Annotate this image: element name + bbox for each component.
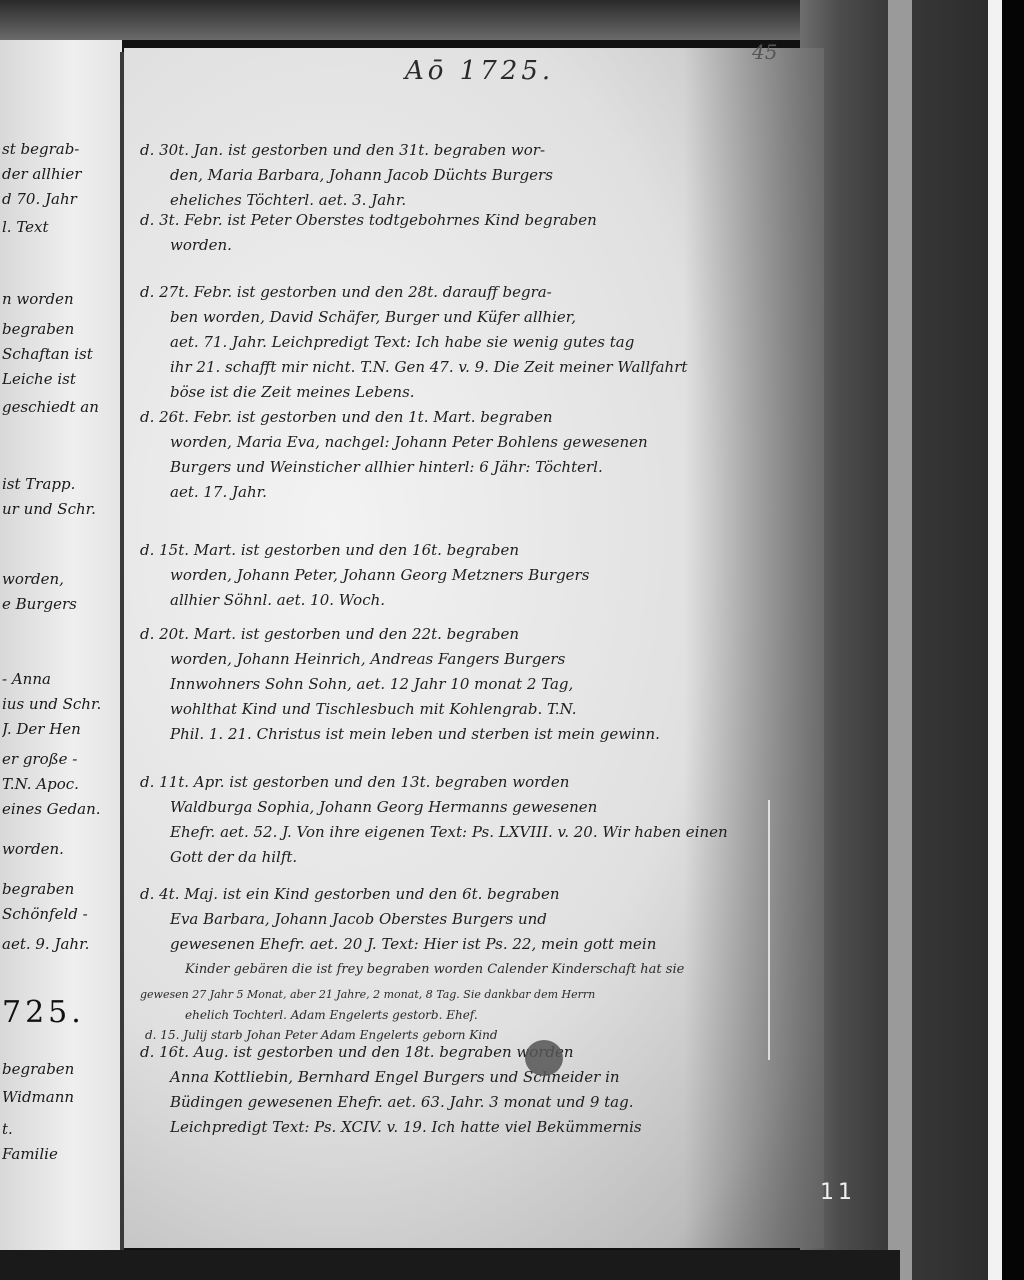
- entry-line: worden, Johann Peter, Johann Georg Metzn…: [140, 563, 800, 588]
- register-entry: d. 30t. Jan. ist gestorben und den 31t. …: [140, 138, 800, 213]
- register-entry: d. 26t. Febr. ist gestorben und den 1t. …: [140, 405, 800, 505]
- entry-line: Innwohners Sohn Sohn, aet. 12 Jahr 10 mo…: [140, 672, 800, 697]
- faint-rule-line: [768, 800, 770, 1060]
- left-line: begraben: [2, 320, 120, 338]
- film-margin: [988, 0, 1002, 1280]
- left-line: ist Trapp.: [2, 475, 120, 493]
- left-page-fragment: st begrab- der allhier d 70. Jahr l. Tex…: [0, 40, 122, 1250]
- register-entry: d. 16t. Aug. ist gestorben und den 18t. …: [140, 1040, 800, 1140]
- entry-line: Eva Barbara, Johann Jacob Oberstes Burge…: [140, 907, 800, 932]
- binding-marks: 11: [820, 1180, 856, 1205]
- microfilm-edge-strip: [888, 0, 912, 1280]
- page-year-heading: Aō 1725.: [405, 56, 554, 86]
- entry-line: d. 4t. Maj. ist ein Kind gestorben und d…: [140, 882, 800, 907]
- entry-line: d. 16t. Aug. ist gestorben und den 18t. …: [140, 1040, 800, 1065]
- entry-line: worden, Johann Heinrich, Andreas Fangers…: [140, 647, 800, 672]
- left-line: Leiche ist: [2, 370, 120, 388]
- left-line: Schaftan ist: [2, 345, 120, 363]
- entry-line: Anna Kottliebin, Bernhard Engel Burgers …: [140, 1065, 800, 1090]
- left-line: eines Gedan.: [2, 800, 120, 818]
- left-line: Widmann: [2, 1088, 120, 1106]
- entry-line: aet. 17. Jahr.: [140, 480, 800, 505]
- entry-line: d. 15t. Mart. ist gestorben und den 16t.…: [140, 538, 800, 563]
- left-line: e Burgers: [2, 595, 120, 613]
- register-entry: d. 20t. Mart. ist gestorben und den 22t.…: [140, 622, 800, 747]
- entry-line: Büdingen gewesenen Ehefr. aet. 63. Jahr.…: [140, 1090, 800, 1115]
- entry-line: Ehefr. aet. 52. J. Von ihre eigenen Text…: [140, 820, 800, 845]
- register-entry: d. 27t. Febr. ist gestorben und den 28t.…: [140, 280, 800, 405]
- scanned-document: st begrab- der allhier d 70. Jahr l. Tex…: [0, 0, 1024, 1280]
- entry-line: Waldburga Sophia, Johann Georg Hermanns …: [140, 795, 800, 820]
- entry-line: ihr 21. schafft mir nicht. T.N. Gen 47. …: [140, 355, 800, 380]
- left-line: ur und Schr.: [2, 500, 120, 518]
- entry-line: böse ist die Zeit meines Lebens.: [140, 380, 800, 405]
- register-entry: d. 15t. Mart. ist gestorben und den 16t.…: [140, 538, 800, 613]
- left-line: J. Der Hen: [2, 720, 120, 738]
- entry-line: ben worden, David Schäfer, Burger und Kü…: [140, 305, 800, 330]
- left-line: st begrab-: [2, 140, 120, 158]
- entry-line: Gott der da hilft.: [140, 845, 800, 870]
- entry-line: d. 27t. Febr. ist gestorben und den 28t.…: [140, 280, 800, 305]
- left-line: d 70. Jahr: [2, 190, 120, 208]
- entry-line: d. 30t. Jan. ist gestorben und den 31t. …: [140, 138, 800, 163]
- left-line: aet. 9. Jahr.: [2, 935, 120, 953]
- interlinear-note: Kinder gebären die ist frey begraben wor…: [185, 962, 684, 977]
- entry-line: d. 3t. Febr. ist Peter Oberstes todtgebo…: [140, 208, 800, 233]
- entry-line: worden, Maria Eva, nachgel: Johann Peter…: [140, 430, 800, 455]
- entry-line: d. 26t. Febr. ist gestorben und den 1t. …: [140, 405, 800, 430]
- scan-bottom-border: [0, 1250, 900, 1280]
- left-line: Schönfeld -: [2, 905, 120, 923]
- page-number: 45: [752, 40, 777, 64]
- entry-line: worden.: [140, 233, 800, 258]
- left-line: Familie: [2, 1145, 120, 1163]
- left-line: - Anna: [2, 670, 120, 688]
- register-entry: d. 4t. Maj. ist ein Kind gestorben und d…: [140, 882, 800, 957]
- entry-line: den, Maria Barbara, Johann Jacob Düchts …: [140, 163, 800, 188]
- entry-line: aet. 71. Jahr. Leichpredigt Text: Ich ha…: [140, 330, 800, 355]
- left-line: T.N. Apoc.: [2, 775, 120, 793]
- left-line: l. Text: [2, 218, 120, 236]
- entry-line: d. 11t. Apr. ist gestorben und den 13t. …: [140, 770, 800, 795]
- scan-top-border: [0, 0, 890, 40]
- entry-line: Phil. 1. 21. Christus ist mein leben und…: [140, 722, 800, 747]
- left-line: er große -: [2, 750, 120, 768]
- entry-line: Leichpredigt Text: Ps. XCIV. v. 19. Ich …: [140, 1115, 800, 1140]
- left-line: begraben: [2, 1060, 120, 1078]
- ink-stain: [525, 1040, 563, 1076]
- left-line: begraben: [2, 880, 120, 898]
- entry-line: wohlthat Kind und Tischlesbuch mit Kohle…: [140, 697, 800, 722]
- interlinear-note: ehelich Tochterl. Adam Engelerts gestorb…: [185, 1008, 478, 1022]
- register-entry: d. 3t. Febr. ist Peter Oberstes todtgebo…: [140, 208, 800, 258]
- left-line: der allhier: [2, 165, 120, 183]
- entry-line: d. 20t. Mart. ist gestorben und den 22t.…: [140, 622, 800, 647]
- left-line: ius und Schr.: [2, 695, 120, 713]
- left-line: geschiedt an: [2, 398, 120, 416]
- left-line: worden.: [2, 840, 120, 858]
- entry-line: Burgers und Weinsticher allhier hinterl:…: [140, 455, 800, 480]
- interlinear-note: gewesen 27 Jahr 5 Monat, aber 21 Jahre, …: [140, 988, 595, 1001]
- entry-line: allhier Söhnl. aet. 10. Woch.: [140, 588, 800, 613]
- left-line: t.: [2, 1120, 120, 1138]
- left-line: n worden: [2, 290, 120, 308]
- left-page-year-heading: 725.: [2, 995, 85, 1030]
- register-entry: d. 11t. Apr. ist gestorben und den 13t. …: [140, 770, 800, 870]
- entry-line: gewesenen Ehefr. aet. 20 J. Text: Hier i…: [140, 932, 800, 957]
- film-border: [1002, 0, 1024, 1280]
- left-line: worden,: [2, 570, 120, 588]
